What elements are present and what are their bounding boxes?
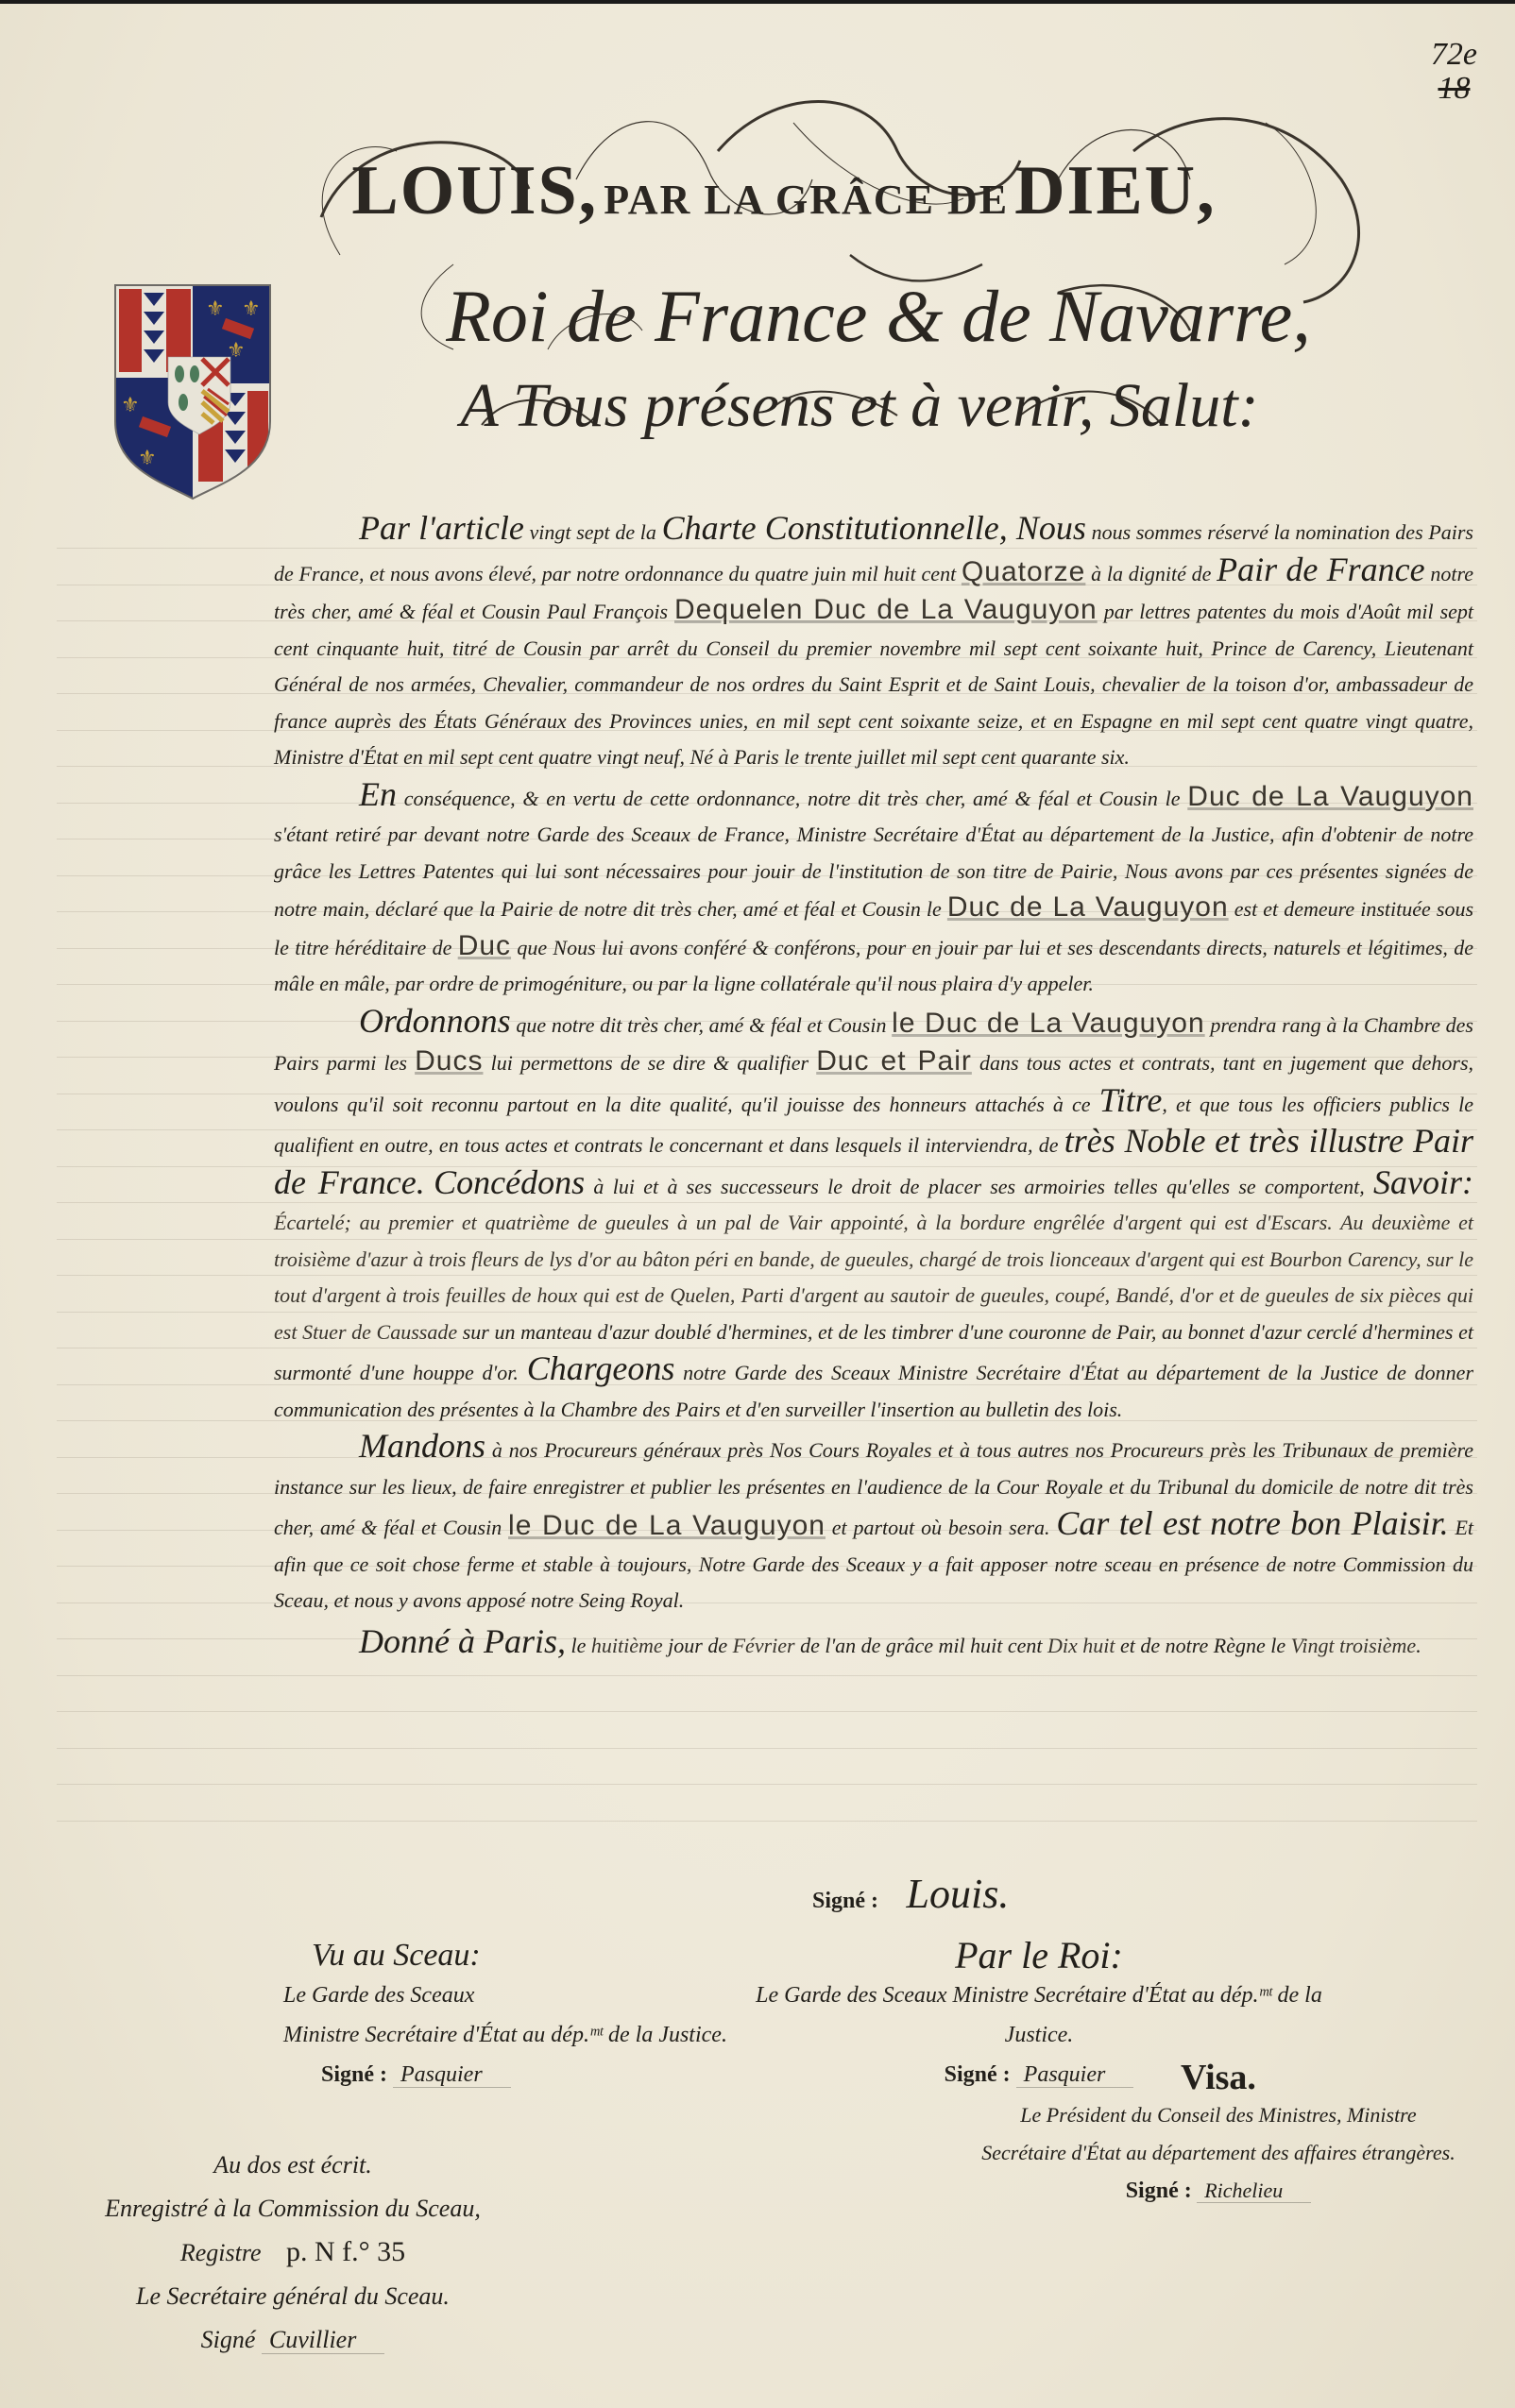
paragraph-donne: Donné à Paris, le huitième jour de Févri… [274, 1623, 1473, 1665]
body-text: . [1416, 1634, 1421, 1657]
par-le-roi-heading: Par le Roi: [727, 1936, 1351, 1976]
title-middle: PAR LA GRÂCE DE [604, 177, 1009, 223]
filled-in-text: Vingt troisième [1291, 1634, 1417, 1657]
emphasized-text: Concédons [434, 1163, 585, 1201]
body-text: jour de [663, 1634, 733, 1657]
body-text: lui permettons de se dire & qualifier [483, 1051, 816, 1075]
au-dos-block: Au dos est écrit. Enregistré à la Commis… [94, 2144, 491, 2362]
filled-in-text: huitième [591, 1634, 663, 1657]
title-dieu: DIEU, [1014, 152, 1217, 229]
filled-in-text: Dequelen Duc de La Vauguyon [674, 594, 1098, 625]
filled-in-text: Duc et Pair [816, 1045, 972, 1077]
visa-line-1: Le Président du Conseil des Ministres, M… [954, 2096, 1483, 2134]
filled-in-text: Ducs [415, 1045, 483, 1077]
filled-in-text: Duc [458, 930, 511, 961]
signe-label: Signé : [812, 1889, 878, 1913]
ruling-line [57, 1784, 1477, 1785]
emphasized-text: Charte Constitutionnelle, Nous [662, 509, 1086, 547]
filled-in-text: le Duc de La Vauguyon [508, 1510, 826, 1541]
title-name: LOUIS, [351, 152, 598, 229]
filled-in-text: le Duc de La Vauguyon [892, 1008, 1204, 1039]
par-le-roi-line-1: Le Garde des Sceaux Ministre Secrétaire … [727, 1976, 1351, 2055]
au-dos-line-3: Le Secrétaire général du Sceau. [94, 2275, 491, 2318]
body-text: à lui et à ses successeurs le droit de p… [585, 1175, 1373, 1198]
filled-in-text: Duc de La Vauguyon [947, 891, 1229, 923]
coat-of-arms-icon: ⚜⚜⚜ ⚜⚜ [110, 280, 276, 502]
salut-line: A Tous présens et à venir, Salut: [340, 370, 1379, 442]
visa-heading: Visa. [954, 2059, 1483, 2096]
emphasized-text: Pair de France [1217, 551, 1424, 588]
vu-signe-label: Signé : [321, 2062, 387, 2087]
ruling-line [57, 1675, 1477, 1676]
svg-text:⚜: ⚜ [138, 447, 157, 470]
ruling-line [57, 1748, 1477, 1749]
svg-text:⚜: ⚜ [206, 297, 225, 321]
vu-au-sceau-block: Vu au Sceau: Le Garde des Sceaux Ministr… [283, 1936, 727, 2094]
king-signature: Signé : Louis. [812, 1870, 1009, 1918]
filled-in-text: Février [733, 1634, 795, 1657]
svg-text:⚜: ⚜ [242, 297, 261, 321]
au-dos-signe-label: Signé [201, 2326, 256, 2353]
emphasized-text: Ordonnons [359, 1002, 511, 1040]
paragraph-consequence: En conséquence, & en vertu de cette ordo… [274, 776, 1473, 1003]
roi-de-france-line: Roi de France & de Navarre, [359, 274, 1398, 359]
emphasized-text: Car tel est notre bon Plaisir. [1056, 1504, 1448, 1542]
letters-patent-body: Par l'article vingt sept de la Charte Co… [274, 510, 1473, 1664]
emphasized-text: Donné à Paris, [359, 1622, 566, 1660]
au-dos-line-1: Enregistré à la Commission du Sceau, [94, 2187, 491, 2230]
body-text: que notre dit très cher, amé & féal et C… [511, 1013, 892, 1037]
body-text: conséquence, & en vertu de cette ordonna… [397, 787, 1187, 810]
emphasized-text: Par l'article [359, 509, 524, 547]
body-text: et de notre Règne le [1115, 1634, 1291, 1657]
body-text: vingt sept de la [524, 520, 662, 544]
body-text: de l'an de grâce mil huit cent [795, 1634, 1047, 1657]
emphasized-text: Mandons [359, 1427, 485, 1465]
au-dos-signature-name: Cuvillier [262, 2326, 384, 2354]
visa-line-2: Secrétaire d'État au département des aff… [954, 2134, 1483, 2172]
visa-block: Visa. Le Président du Conseil des Minist… [954, 2059, 1483, 2210]
visa-signature-name: Richelieu [1197, 2179, 1311, 2203]
body-text [425, 1175, 434, 1198]
filled-in-text: Duc de La Vauguyon [1187, 781, 1473, 812]
svg-text:⚜: ⚜ [227, 339, 246, 363]
emphasized-text: Titre [1099, 1081, 1163, 1119]
paragraph-mandons: Mandons à nos Procureurs généraux près N… [274, 1428, 1473, 1619]
vu-au-sceau-heading: Vu au Sceau: [312, 1936, 727, 1976]
paragraph-preamble: Par l'article vingt sept de la Charte Co… [274, 510, 1473, 776]
registre-label: Registre [180, 2239, 262, 2266]
folio-number: 72e 18 [1431, 38, 1477, 106]
scan-edge [0, 0, 1515, 4]
emphasized-text: Chargeons [527, 1349, 675, 1387]
body-text: et partout où besoin sera. [826, 1516, 1056, 1539]
ruling-line [57, 1711, 1477, 1712]
paragraph-ordonnons: Ordonnons que notre dit très cher, amé &… [274, 1003, 1473, 1429]
registre-value: p. N f.° 35 [286, 2236, 405, 2267]
ruling-line [57, 1821, 1477, 1822]
king-signature-name: Louis. [907, 1871, 1010, 1917]
struck-folio-number: 18 [1431, 72, 1477, 106]
body-text: le [566, 1634, 591, 1657]
vu-line-1: Le Garde des Sceaux [283, 1976, 727, 2015]
svg-text:⚜: ⚜ [121, 394, 140, 417]
emphasized-text: En [359, 775, 397, 813]
vu-line-2: Ministre Secrétaire d'État au dép.ᵐᵗ de … [283, 2015, 727, 2055]
emphasized-text: Savoir: [1373, 1163, 1473, 1201]
royal-title: LOUIS, PAR LA GRÂCE DE DIEU, [312, 151, 1256, 231]
au-dos-heading: Au dos est écrit. [94, 2144, 491, 2187]
body-text: à la dignité de [1085, 562, 1217, 585]
filled-in-text: Quatorze [962, 556, 1085, 587]
document-page: 72e 18 LOUIS, PAR LA GRÂCE DE DIEU, Roi … [0, 0, 1515, 2408]
filled-in-text: Dix huit [1047, 1634, 1115, 1657]
vu-signature-name: Pasquier [393, 2062, 511, 2088]
visa-signe-label: Signé : [1126, 2179, 1192, 2203]
